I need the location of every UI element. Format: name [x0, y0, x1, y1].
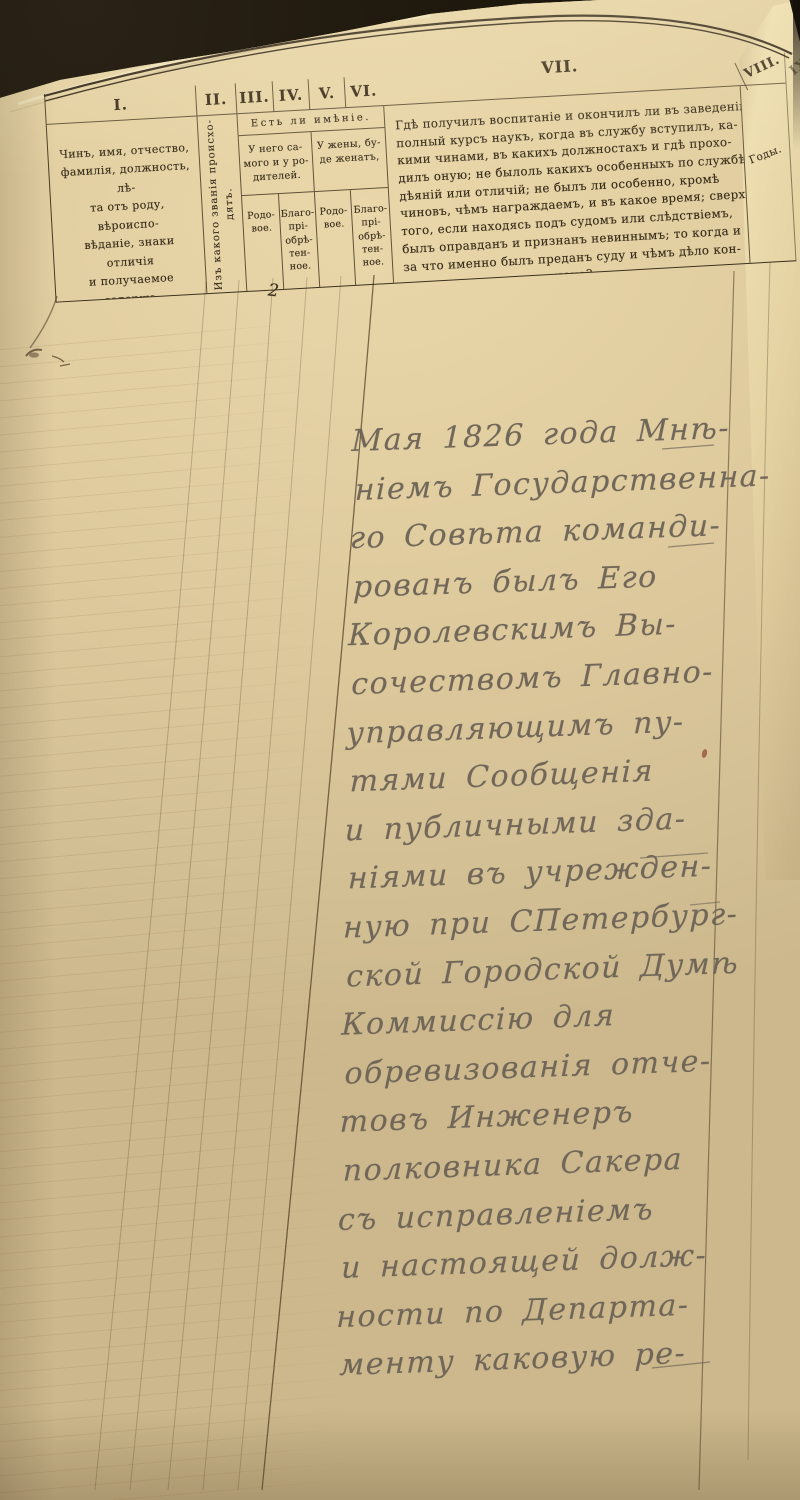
column7-title: Гдѣ получилъ воспитаніе и окончилъ ли въ… — [383, 85, 749, 283]
column2-vertical-text: Изъ какого званія происхо-дятъ. — [202, 117, 242, 290]
estate-wife-line: де женатъ, — [313, 150, 387, 168]
column-numeral-6: VI. — [344, 75, 384, 107]
column1-title: Чинъ, имя, отчество,фамилія, должность, … — [47, 116, 207, 302]
estate-wife-ancestral-cell: Родо-вое. — [314, 189, 355, 287]
table-header: I. II. III. IV. V. VI. VII. VIII. Чинъ, … — [44, 53, 797, 303]
column-numeral-4: IV. — [272, 79, 310, 111]
handwritten-row-number: 2 — [267, 280, 280, 301]
estate-sub-line: вое. — [244, 221, 281, 236]
estate-sub-line: Благо- — [352, 202, 390, 217]
column-numeral-7: VII. — [381, 41, 739, 91]
estate-sub-line: Родо- — [316, 204, 352, 219]
estate-own-ancestral-cell: Родо-вое. — [241, 193, 283, 291]
estate-wife-cell: У жены, бу-де женатъ, — [310, 127, 387, 191]
ledger-page: I. II. III. IV. V. VI. VII. VIII. Чинъ, … — [0, 0, 800, 1500]
estate-own-acquired-cell: Благо-прі-обрѣ-тен-ное. — [278, 191, 319, 289]
estate-sub-line: обрѣ- — [353, 228, 391, 243]
estate-sub-line: ное. — [283, 259, 319, 274]
estate-wife-acquired-cell: Благо-прі-обрѣ-тен-ное. — [350, 187, 393, 285]
photo-background-edge — [793, 0, 800, 150]
estate-sub-line: Благо- — [280, 206, 316, 221]
column8-cell: Годы. — [740, 83, 796, 263]
handwritten-entry-column7: Мая 1826 года Мнѣ-ніемъ Государственна-г… — [335, 404, 747, 1391]
column-numeral-2: II. — [195, 83, 237, 115]
column-numeral-5: V. — [308, 77, 346, 109]
estate-sub-line: ное. — [355, 255, 393, 270]
ledger-photo: I. II. III. IV. V. VI. VII. VIII. Чинъ, … — [0, 0, 800, 1500]
estate-own-cell: У него са-мого и у ро-дителей. — [238, 131, 314, 195]
estate-sub-line: вое. — [316, 217, 352, 232]
estate-sub-line: обрѣ- — [281, 233, 317, 248]
estate-sub-line: Родо- — [243, 208, 280, 223]
column8-label: Годы. — [747, 143, 783, 166]
column-numeral-3: III. — [235, 81, 274, 113]
verso-showthrough-ruling — [0, 324, 360, 1500]
